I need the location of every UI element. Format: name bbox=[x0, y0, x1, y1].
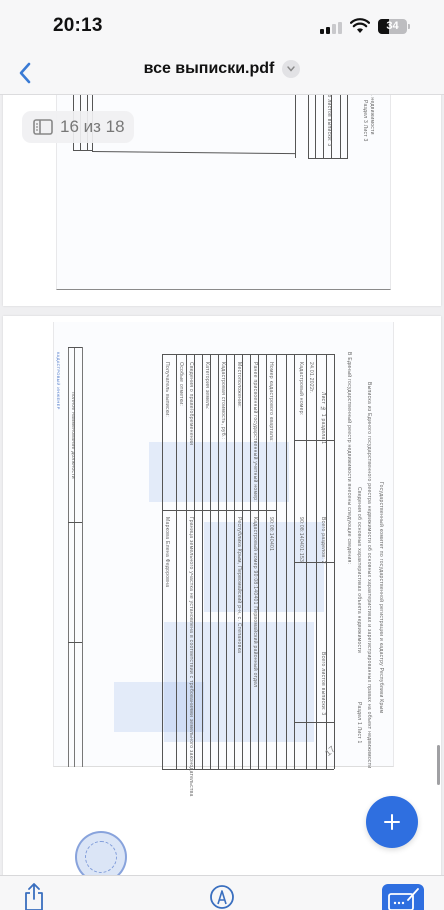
scan-text: Всего листов выписки: 3 bbox=[320, 652, 326, 715]
scan-text: Кадастровый номер: bbox=[298, 362, 304, 416]
battery-icon: 34 bbox=[378, 19, 407, 34]
title-menu-button[interactable] bbox=[282, 60, 300, 78]
plus-icon bbox=[383, 813, 401, 831]
scan-text: Раздел 1 Лист 1 bbox=[356, 702, 362, 744]
document-title-group: все выписки.pdf bbox=[0, 60, 444, 78]
scanned-page-image: КАДАСТРОВЫЙ ИНЖЕНЕР полное наименование … bbox=[53, 322, 394, 767]
scan-text: Категория земель: bbox=[204, 362, 210, 410]
scan-text: Сведения о праве/обременении bbox=[188, 362, 194, 445]
page-indicator[interactable]: 16 из 18 bbox=[22, 111, 134, 143]
scan-text: Сведения об основных характеристиках объ… bbox=[356, 487, 362, 653]
scan-text: Кадастровый номер 90:08:140401 Первомайс… bbox=[252, 517, 258, 687]
scan-text: Лист № 1 раздела 1 bbox=[320, 392, 326, 444]
scan-text: КАДАСТРОВЫЙ ИНЖЕНЕР bbox=[56, 352, 61, 410]
add-button[interactable] bbox=[366, 796, 418, 848]
scan-text: Выписка из Единого государственного реес… bbox=[366, 382, 372, 768]
fill-sign-button[interactable] bbox=[382, 884, 424, 910]
navigation-bar: все выписки.pdf bbox=[0, 52, 444, 95]
document-title[interactable]: все выписки.pdf bbox=[144, 60, 275, 78]
scan-text: 90:08:140401:153 bbox=[298, 517, 304, 562]
cellular-signal-icon bbox=[320, 22, 342, 34]
scan-text: Республика Крым, Первомайский р-н, с. Ст… bbox=[236, 517, 242, 653]
scan-text: 90:08:140401 bbox=[268, 517, 274, 551]
page-indicator-label: 16 из 18 bbox=[60, 117, 125, 137]
scan-text: Всего листов выписки: 3 bbox=[326, 95, 332, 146]
scan-text: Всего разделов: 2 bbox=[320, 517, 326, 564]
battery-percent: 34 bbox=[378, 19, 407, 34]
wifi-icon bbox=[350, 18, 370, 34]
official-stamp-image bbox=[75, 831, 127, 875]
scan-text: Получатель выписки: bbox=[164, 362, 170, 417]
chevron-down-icon bbox=[287, 66, 295, 72]
scan-text: Государственный комитет по государственн… bbox=[378, 482, 384, 713]
battery-tip bbox=[408, 24, 410, 29]
scan-text: Номер кадастрового квартала: bbox=[268, 362, 274, 442]
scan-text: Местоположение: bbox=[236, 362, 242, 408]
scan-text: В Единый государственный реестр недвижим… bbox=[346, 352, 352, 564]
markup-button[interactable] bbox=[209, 882, 235, 910]
status-time: 20:13 bbox=[53, 15, 103, 37]
pdf-document-scroll-area[interactable]: Всего листов выписки: 3 Раздел 3 Лист 3 … bbox=[0, 95, 444, 875]
scan-text: объекта недвижимости bbox=[369, 95, 375, 135]
scan-text: Раздел 3 Лист 3 bbox=[362, 100, 368, 142]
markup-pen-icon bbox=[209, 882, 235, 910]
scan-text: Особые отметки: bbox=[178, 362, 184, 406]
share-button[interactable] bbox=[23, 882, 45, 910]
pdf-viewer-screen: 20:13 34 все выписки.pdf bbox=[0, 0, 444, 910]
vertical-scrollbar[interactable] bbox=[437, 745, 440, 785]
scan-text: Маркова Елена Федоровна bbox=[164, 517, 170, 587]
sidebar-thumbnails-icon bbox=[33, 119, 53, 135]
scan-text: Кадастровая стоимость, руб.: bbox=[220, 362, 226, 439]
bottom-toolbar bbox=[0, 875, 444, 910]
pdf-page-16[interactable]: КАДАСТРОВЫЙ ИНЖЕНЕР полное наименование … bbox=[3, 316, 441, 875]
scan-text: Граница земельного участка не установлен… bbox=[188, 517, 194, 797]
scan-text: Ранее присвоенный государственный учетны… bbox=[252, 362, 258, 502]
fill-sign-icon bbox=[382, 884, 424, 910]
share-icon bbox=[23, 882, 45, 910]
scan-text: 24.01.2022г. bbox=[308, 362, 314, 393]
scan-text: полное наименование должности bbox=[70, 392, 76, 479]
status-bar: 20:13 34 bbox=[0, 0, 444, 52]
